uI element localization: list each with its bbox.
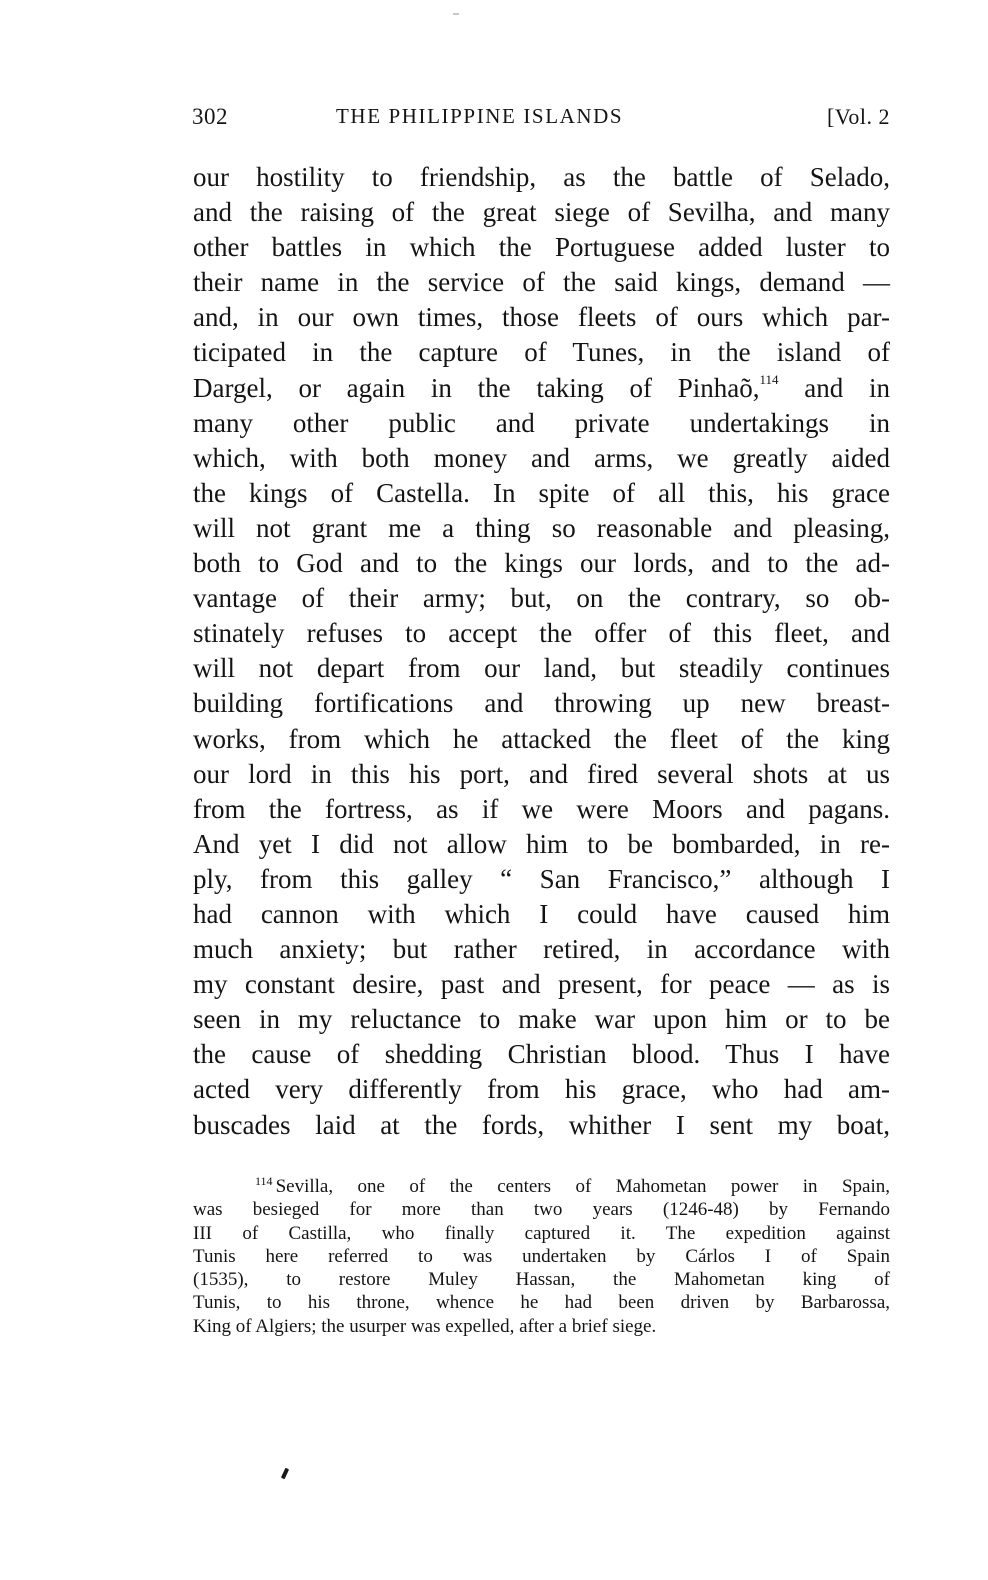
running-head: 302 THE PHILIPPINE ISLANDS [Vol. 2 [192,104,890,134]
body-text: our hostility to friendship, as the batt… [193,160,890,1143]
footnote-line: Tunis here referred to was undertaken by… [193,1245,890,1268]
body-line: had cannon with which I could have cause… [193,897,890,932]
body-line: which, with both money and arms, we grea… [193,441,890,476]
body-line: ticipated in the capture of Tunes, in th… [193,335,890,370]
body-line: and the raising of the great siege of Se… [193,195,890,230]
footnote-block: 114Sevilla, one of the centers of Mahome… [193,1175,890,1338]
page-number: 302 [192,104,228,130]
body-line: ply, from this galley “ San Francisco,” … [193,862,890,897]
body-line: our hostility to friendship, as the batt… [193,160,890,195]
body-line: vantage of their army; but, on the contr… [193,581,890,616]
footnote-marker: 114 [255,1174,273,1188]
footnote-reference[interactable]: 114 [760,372,779,387]
body-line: my constant desire, past and present, fo… [193,967,890,1002]
body-line: will not grant me a thing so reasonable … [193,511,890,546]
body-line-text-continued: and in [779,373,890,403]
footnote-line: 114Sevilla, one of the centers of Mahome… [193,1175,890,1198]
footnote-line: was besieged for more than two years (12… [193,1198,890,1221]
body-line: stinately refuses to accept the offer of… [193,616,890,651]
body-line: and, in our own times, those fleets of o… [193,300,890,335]
volume-label: [Vol. 2 [827,104,890,130]
body-line: both to God and to the kings our lords, … [193,546,890,581]
footnote-line: King of Algiers; the usurper was expelle… [193,1315,890,1338]
body-line: many other public and private undertakin… [193,406,890,441]
footnote-line: (1535), to restore Muley Hassan, the Mah… [193,1268,890,1291]
body-line-with-footnote-ref: Dargel, or again in the taking of Pinhaõ… [193,371,890,406]
book-page: 302 THE PHILIPPINE ISLANDS [Vol. 2 our h… [0,0,988,1580]
body-line: seen in my reluctance to make war upon h… [193,1002,890,1037]
footnote-text: Sevilla, one of the centers of Mahometan… [276,1176,890,1197]
body-line: will not depart from our land, but stead… [193,651,890,686]
footnote-line: III of Castilla, who finally captured it… [193,1222,890,1245]
body-line: And yet I did not allow him to be bombar… [193,827,890,862]
stray-ink-mark [281,1468,289,1480]
body-line: the cause of shedding Christian blood. T… [193,1037,890,1072]
body-line-text: Dargel, or again in the taking of Pinhaõ… [193,373,760,403]
body-line: buscades laid at the fords, whither I se… [193,1108,890,1143]
scan-speck [453,13,459,15]
running-title: THE PHILIPPINE ISLANDS [336,104,623,129]
body-line: from the fortress, as if we were Moors a… [193,792,890,827]
body-line: works, from which he attacked the fleet … [193,722,890,757]
body-line: their name in the service of the said ki… [193,265,890,300]
body-line: building fortifications and throwing up … [193,686,890,721]
body-line: acted very differently from his grace, w… [193,1072,890,1107]
body-line: the kings of Castella. In spite of all t… [193,476,890,511]
body-line: other battles in which the Portuguese ad… [193,230,890,265]
body-line: our lord in this his port, and fired sev… [193,757,890,792]
footnote-line: Tunis, to his throne, whence he had been… [193,1291,890,1314]
body-line: much anxiety; but rather retired, in acc… [193,932,890,967]
